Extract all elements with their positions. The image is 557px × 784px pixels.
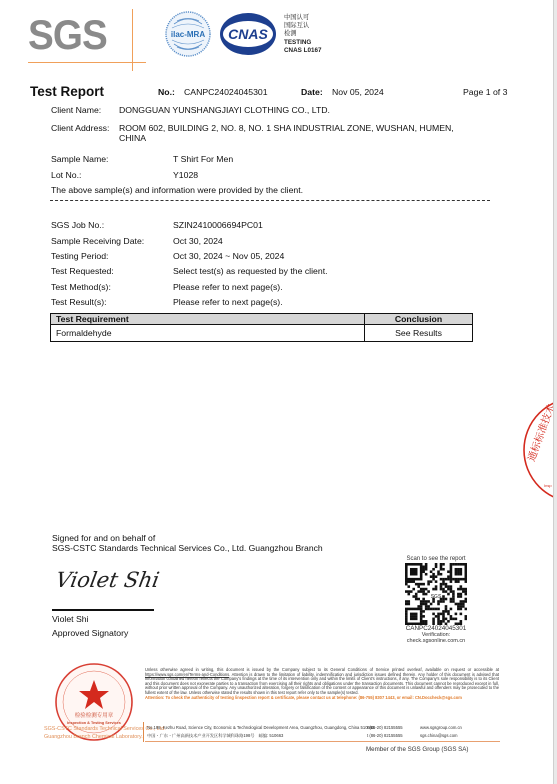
accreditation-line: CNAS L0167 [284, 47, 321, 55]
job-row-label: Testing Period: [51, 251, 108, 261]
footer-phone-2: t (86-20) 82155555 [367, 733, 403, 738]
table-header-row: Test Requirement Conclusion [51, 314, 473, 325]
job-row-label: Test Method(s): [51, 282, 111, 292]
svg-text:SGS: SGS [431, 594, 442, 600]
handwritten-signature: Violet Shi [54, 568, 161, 592]
verification-url[interactable]: check.sgsonline.com.cn [400, 638, 472, 644]
sample-name-value: T Shirt For Men [173, 154, 233, 164]
sgs-logo-text: SGS [28, 11, 124, 59]
signatory-name: Violet Shi [52, 614, 89, 624]
footer-vertical-rule [143, 722, 144, 742]
ilac-mra-logo-icon: ilac-MRA [164, 10, 212, 58]
signing-company-text: SGS-CSTC Standards Technical Services Co… [52, 543, 323, 553]
report-title: Test Report [30, 84, 104, 99]
logo-rule-vertical [132, 9, 133, 71]
svg-text:CNAS: CNAS [228, 26, 268, 42]
job-row-value: Select test(s) as requested by the clien… [173, 266, 328, 276]
job-row-value: Please refer to next page(s). [173, 282, 283, 292]
accreditation-text: 中国认可 国际互认 检测 TESTING CNAS L0167 [284, 14, 321, 55]
job-row-label: Test Result(s): [51, 297, 107, 307]
job-row-label: SGS Job No.: [51, 220, 104, 230]
table-row: Formaldehyde See Results [51, 325, 473, 342]
svg-text:检验检测专用章: 检验检测专用章 [75, 711, 114, 719]
requirement-cell: Formaldehyde [51, 325, 365, 342]
job-row-label: Test Requested: [51, 266, 114, 276]
footer-website[interactable]: www.sgsgroup.com.cn [420, 725, 462, 730]
header-conclusion: Conclusion [365, 314, 473, 325]
svg-text:Insp: Insp [544, 483, 552, 488]
client-address-line1: ROOM 602, BUILDING 2, NO. 8, NO. 1 SHA I… [119, 123, 454, 133]
cnas-logo-icon: CNAS [219, 12, 277, 56]
qr-report-code: CANPC24024045301 [400, 625, 472, 632]
client-address-line2: CHINA [119, 133, 146, 143]
partial-seal-stamp-icon: 通标标准技术 Insp [516, 392, 553, 502]
signature-block: Signed for and on behalf of SGS-CSTC Sta… [52, 533, 323, 553]
accreditation-line: TESTING [284, 39, 321, 47]
footer-address-cn: 中国・广东・广州高新技术产业开发区科学城科珠路198号 邮编: 510663 [147, 733, 283, 739]
header-test-requirement: Test Requirement [51, 314, 365, 325]
job-row-value: SZIN2410006694PC01 [173, 220, 263, 230]
lot-no-label: Lot No.: [51, 170, 81, 180]
sgs-group-member: Member of the SGS Group (SGS SA) [366, 746, 468, 753]
job-row-value: Oct 30, 2024 [173, 236, 223, 246]
qr-block: Scan to see the report SGS CANPC24024045… [400, 556, 472, 644]
legal-disclaimer: Unless otherwise agreed in writing, this… [145, 668, 499, 700]
svg-text:ilac-MRA: ilac-MRA [171, 30, 205, 39]
dashed-divider [50, 200, 490, 201]
report-date-label: Date: [301, 87, 323, 97]
footer-horizontal-rule [145, 741, 500, 742]
job-row-value: Oct 30, 2024 ~ Nov 05, 2024 [173, 251, 284, 261]
report-no-label: No.: [158, 87, 175, 97]
page-edge-scrollbar [553, 0, 557, 784]
logo-rule-horizontal [28, 62, 146, 63]
sample-name-label: Sample Name: [51, 154, 108, 164]
footer-phone-1: t (86-20) 82155555 [367, 725, 403, 730]
accreditation-line: 检测 [284, 30, 321, 38]
job-row-label: Sample Receiving Date: [51, 236, 144, 246]
signature-line [52, 609, 154, 611]
page-indicator: Page 1 of 3 [463, 87, 507, 97]
footer-email[interactable]: sgs.china@sgs.com [420, 733, 458, 738]
qr-code-icon[interactable]: SGS [405, 563, 467, 625]
signatory-role: Approved Signatory [52, 628, 128, 638]
client-name-value: DONGGUAN YUNSHANGJIAYI CLOTHING CO., LTD… [119, 105, 330, 115]
test-requirements-table: Test Requirement Conclusion Formaldehyde… [50, 313, 473, 342]
footer-address-en: No.198, Kezhu Road, Science City, Econom… [147, 725, 375, 730]
conclusion-cell: See Results [365, 325, 473, 342]
client-address-label: Client Address: [51, 123, 109, 133]
sgs-logo: SGS [28, 7, 148, 67]
lot-no-value: Y1028 [173, 170, 198, 180]
svg-text:通标标准技术: 通标标准技术 [525, 402, 553, 463]
signed-on-behalf-text: Signed for and on behalf of [52, 533, 323, 543]
stamp-company-line2: Guangzhou Branch Chemical Laboratory. [44, 734, 143, 740]
authenticity-attention: Attention: To check the authenticity of … [145, 696, 499, 701]
qr-caption: Scan to see the report [400, 556, 472, 562]
job-row-value: Please refer to next page(s). [173, 297, 283, 307]
report-date-value: Nov 05, 2024 [332, 87, 384, 97]
svg-text:Inspection & Testing Services: Inspection & Testing Services [67, 721, 121, 725]
report-no-value: CANPC24024045301 [184, 87, 268, 97]
sample-note: The above sample(s) and information were… [51, 185, 303, 195]
client-name-label: Client Name: [51, 105, 101, 115]
accreditation-line: 中国认可 [284, 14, 321, 22]
